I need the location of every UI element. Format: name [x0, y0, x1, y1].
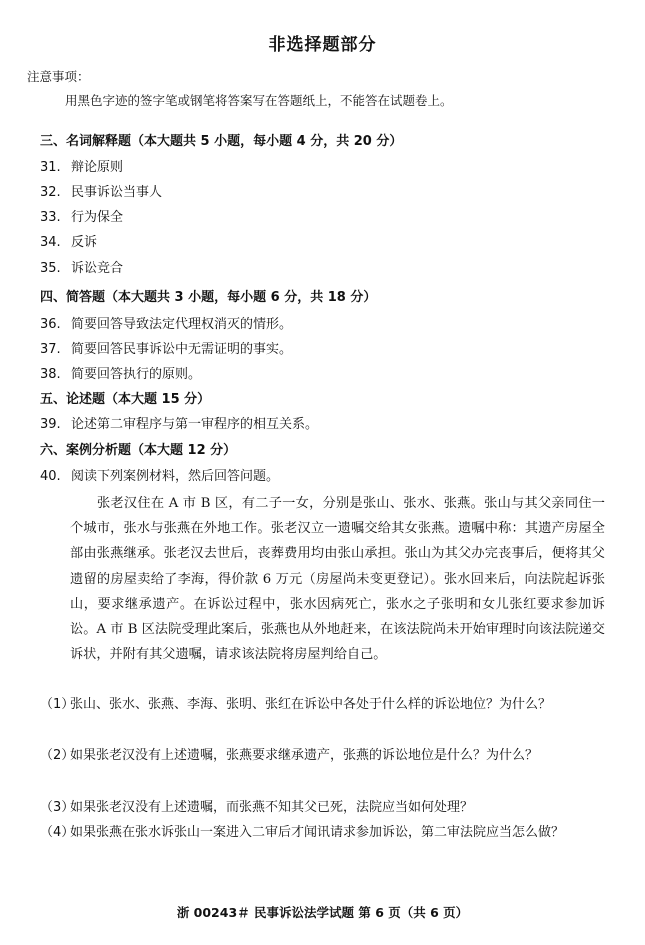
- sub-question-label: （1）: [40, 692, 74, 718]
- question-item: 38.简要回答执行的原则。: [40, 366, 201, 384]
- question-item: 31.辩论原则: [40, 159, 123, 177]
- question-text: 简要回答执行的原则。: [71, 367, 201, 382]
- notice-text: 用黑色字迹的签字笔或钢笔将答案写在答题纸上，不能答在试题卷上。: [65, 92, 453, 110]
- notice-label: 注意事项：: [27, 68, 90, 86]
- question-item: 34.反诉: [40, 234, 97, 252]
- case-material: 张老汉住在 A 市 B 区，有二子一女，分别是张山、张水、张燕。张山与其父亲同住…: [70, 491, 605, 667]
- question-text: 简要回答民事诉讼中无需证明的事实。: [71, 342, 292, 357]
- sub-question-text: 如果张老汉没有上述遗嘱，而张燕不知其父已死，法院应当如何处理？: [70, 795, 606, 821]
- sub-question-2: （2） 如果张老汉没有上述遗嘱，张燕要求继承遗产，张燕的诉讼地位是什么？为什么？: [40, 743, 606, 769]
- sub-question-label: （4）: [40, 820, 74, 846]
- section-heading-4: 四、简答题（本大题共 3 小题，每小题 6 分，共 18 分）: [40, 289, 376, 307]
- question-number: 37.: [40, 341, 71, 359]
- question-number: 38.: [40, 366, 71, 384]
- question-number: 39.: [40, 416, 71, 434]
- question-item: 35.诉讼竞合: [40, 260, 123, 278]
- section-heading-6: 六、案例分析题（本大题 12 分）: [40, 442, 236, 460]
- exam-page: 非选择题部分 注意事项： 用黑色字迹的签字笔或钢笔将答案写在答题纸上，不能答在试…: [0, 0, 645, 945]
- question-text: 反诉: [71, 235, 97, 250]
- sub-question-3: （3） 如果张老汉没有上述遗嘱，而张燕不知其父已死，法院应当如何处理？: [40, 795, 606, 821]
- question-text: 诉讼竞合: [71, 261, 123, 276]
- question-number: 34.: [40, 234, 71, 252]
- sub-question-label: （3）: [40, 795, 74, 821]
- question-text: 简要回答导致法定代理权消灭的情形。: [71, 317, 292, 332]
- question-number: 36.: [40, 316, 71, 334]
- question-number: 32.: [40, 184, 71, 202]
- question-number: 40.: [40, 468, 71, 486]
- question-text: 论述第二审程序与第一审程序的相互关系。: [71, 417, 318, 432]
- page-footer: 浙 00243＃ 民事诉讼法学试题 第 6 页（共 6 页）: [0, 903, 645, 921]
- question-text: 行为保全: [71, 210, 123, 225]
- sub-question-label: （2）: [40, 743, 74, 769]
- page-title: 非选择题部分: [0, 30, 645, 55]
- sub-question-4: （4） 如果张燕在张水诉张山一案进入二审后才闻讯请求参加诉讼，第二审法院应当怎么…: [40, 820, 606, 846]
- question-item: 39.论述第二审程序与第一审程序的相互关系。: [40, 416, 318, 434]
- sub-question-text: 如果张老汉没有上述遗嘱，张燕要求继承遗产，张燕的诉讼地位是什么？为什么？: [70, 743, 606, 769]
- question-text: 民事诉讼当事人: [71, 185, 162, 200]
- question-text: 辩论原则: [71, 160, 123, 175]
- sub-question-text: 如果张燕在张水诉张山一案进入二审后才闻讯请求参加诉讼，第二审法院应当怎么做？: [70, 820, 606, 846]
- question-number: 33.: [40, 209, 71, 227]
- question-item: 32.民事诉讼当事人: [40, 184, 162, 202]
- question-item: 40.阅读下列案例材料，然后回答问题。: [40, 468, 279, 486]
- question-item: 33.行为保全: [40, 209, 123, 227]
- sub-question-1: （1） 张山、张水、张燕、李海、张明、张红在诉讼中各处于什么样的诉讼地位？为什么…: [40, 692, 606, 718]
- section-heading-5: 五、论述题（本大题 15 分）: [40, 391, 210, 409]
- question-item: 36.简要回答导致法定代理权消灭的情形。: [40, 316, 292, 334]
- sub-question-text: 张山、张水、张燕、李海、张明、张红在诉讼中各处于什么样的诉讼地位？为什么？: [70, 692, 606, 718]
- section-heading-3: 三、名词解释题（本大题共 5 小题，每小题 4 分，共 20 分）: [40, 133, 402, 151]
- question-text: 阅读下列案例材料，然后回答问题。: [71, 469, 279, 484]
- question-number: 31.: [40, 159, 71, 177]
- question-number: 35.: [40, 260, 71, 278]
- question-item: 37.简要回答民事诉讼中无需证明的事实。: [40, 341, 292, 359]
